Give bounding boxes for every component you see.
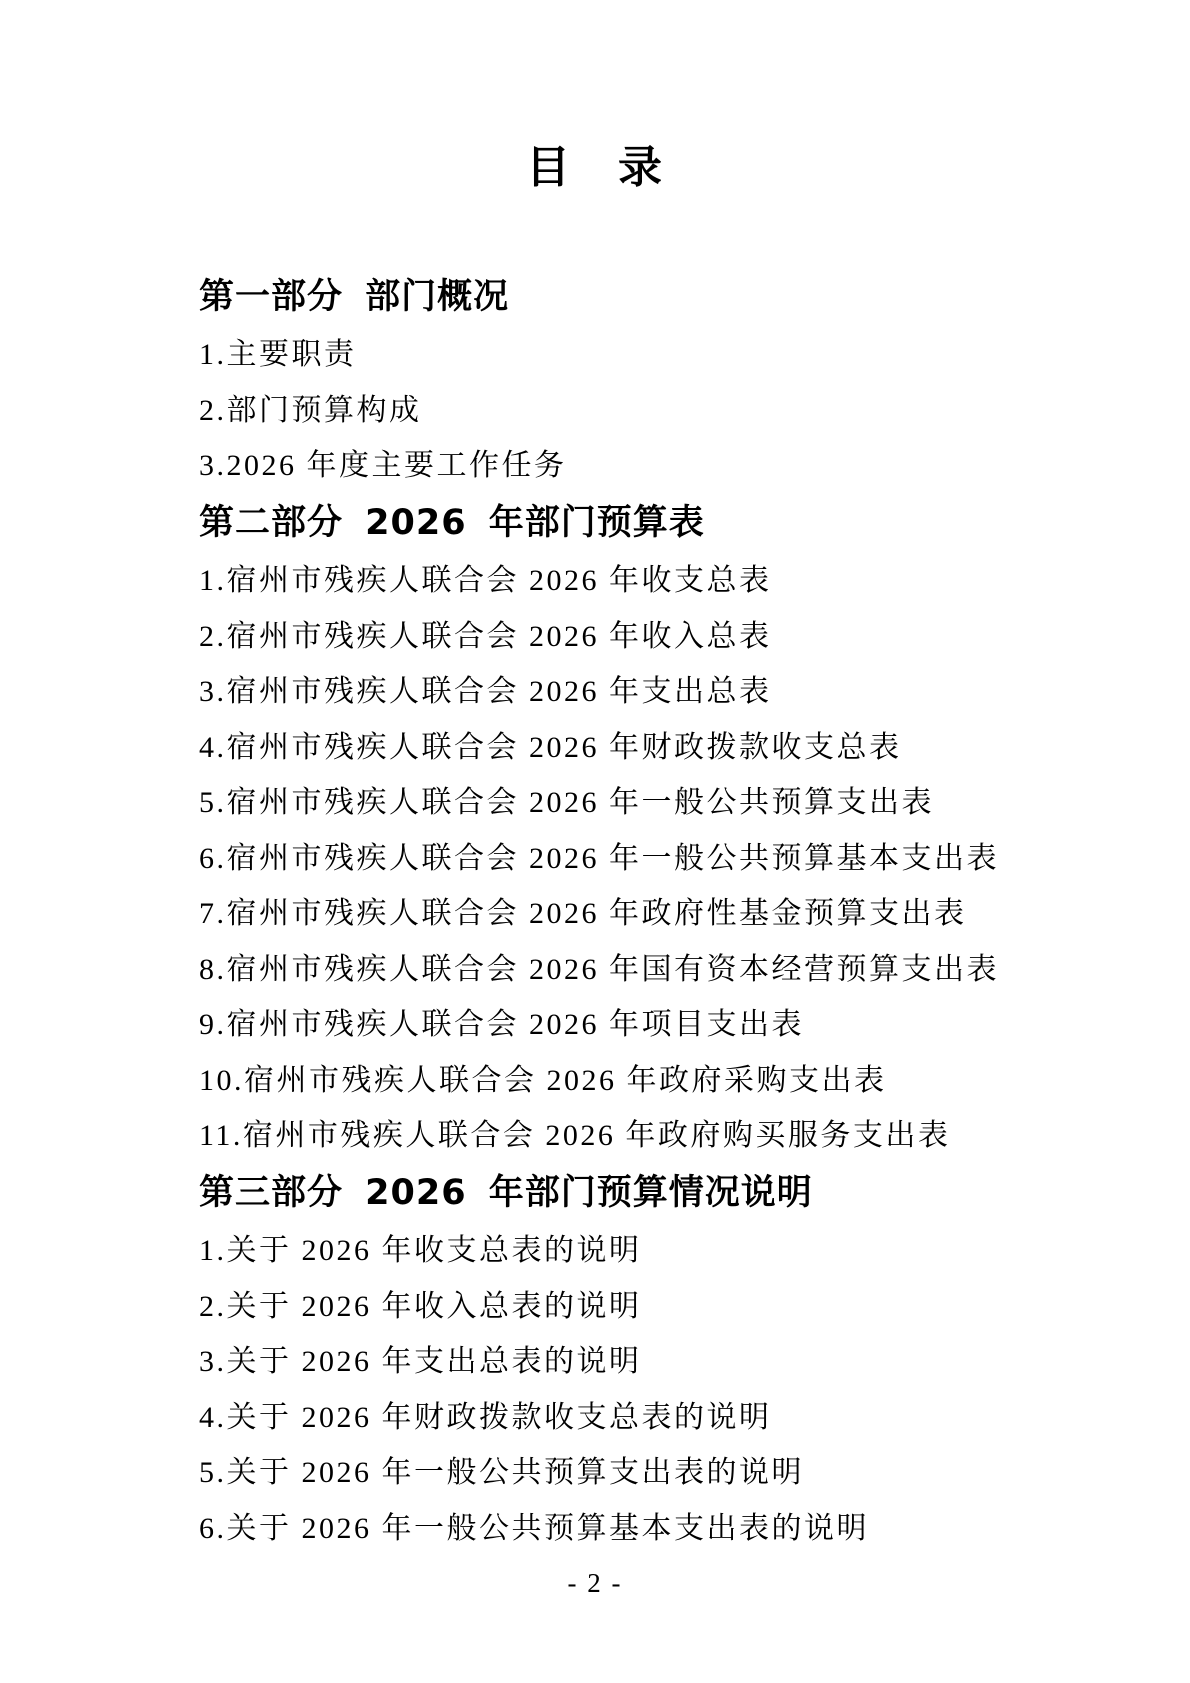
toc-item: 1.主要职责 (199, 324, 1040, 380)
page-number: - 2 - (0, 1568, 1190, 1599)
page-title: 目 录 (0, 0, 1190, 198)
toc-item: 2.关于 2026 年收入总表的说明 (199, 1275, 1040, 1331)
toc-item: 3.2026 年度主要工作任务 (199, 435, 1040, 491)
toc-item: 3.关于 2026 年支出总表的说明 (199, 1331, 1040, 1387)
toc-item: 6.宿州市残疾人联合会 2026 年一般公共预算基本支出表 (199, 827, 1040, 883)
toc-item: 4.宿州市残疾人联合会 2026 年财政拨款收支总表 (199, 716, 1040, 772)
toc-item: 5.宿州市残疾人联合会 2026 年一般公共预算支出表 (199, 772, 1040, 828)
toc-item: 11.宿州市残疾人联合会 2026 年政府购买服务支出表 (199, 1105, 1040, 1161)
toc-item: 9.宿州市残疾人联合会 2026 年项目支出表 (199, 994, 1040, 1050)
toc-item: 5.关于 2026 年一般公共预算支出表的说明 (199, 1442, 1040, 1498)
toc-item: 1.关于 2026 年收支总表的说明 (199, 1220, 1040, 1276)
toc-section-heading: 第一部分 部门概况 (199, 264, 1040, 324)
toc-item: 8.宿州市残疾人联合会 2026 年国有资本经营预算支出表 (199, 938, 1040, 994)
toc-list: 第一部分 部门概况1.主要职责2.部门预算构成3.2026 年度主要工作任务第二… (0, 264, 1190, 1553)
toc-item: 4.关于 2026 年财政拨款收支总表的说明 (199, 1386, 1040, 1442)
toc-item: 3.宿州市残疾人联合会 2026 年支出总表 (199, 661, 1040, 717)
toc-item: 7.宿州市残疾人联合会 2026 年政府性基金预算支出表 (199, 883, 1040, 939)
toc-section-heading: 第三部分 2026 年部门预算情况说明 (199, 1160, 1040, 1220)
document-page: 目 录 第一部分 部门概况1.主要职责2.部门预算构成3.2026 年度主要工作… (0, 0, 1190, 1683)
toc-section-heading: 第二部分 2026 年部门预算表 (199, 490, 1040, 550)
toc-item: 6.关于 2026 年一般公共预算基本支出表的说明 (199, 1497, 1040, 1553)
toc-item: 2.宿州市残疾人联合会 2026 年收入总表 (199, 605, 1040, 661)
toc-item: 1.宿州市残疾人联合会 2026 年收支总表 (199, 550, 1040, 606)
toc-item: 2.部门预算构成 (199, 379, 1040, 435)
toc-item: 10.宿州市残疾人联合会 2026 年政府采购支出表 (199, 1049, 1040, 1105)
